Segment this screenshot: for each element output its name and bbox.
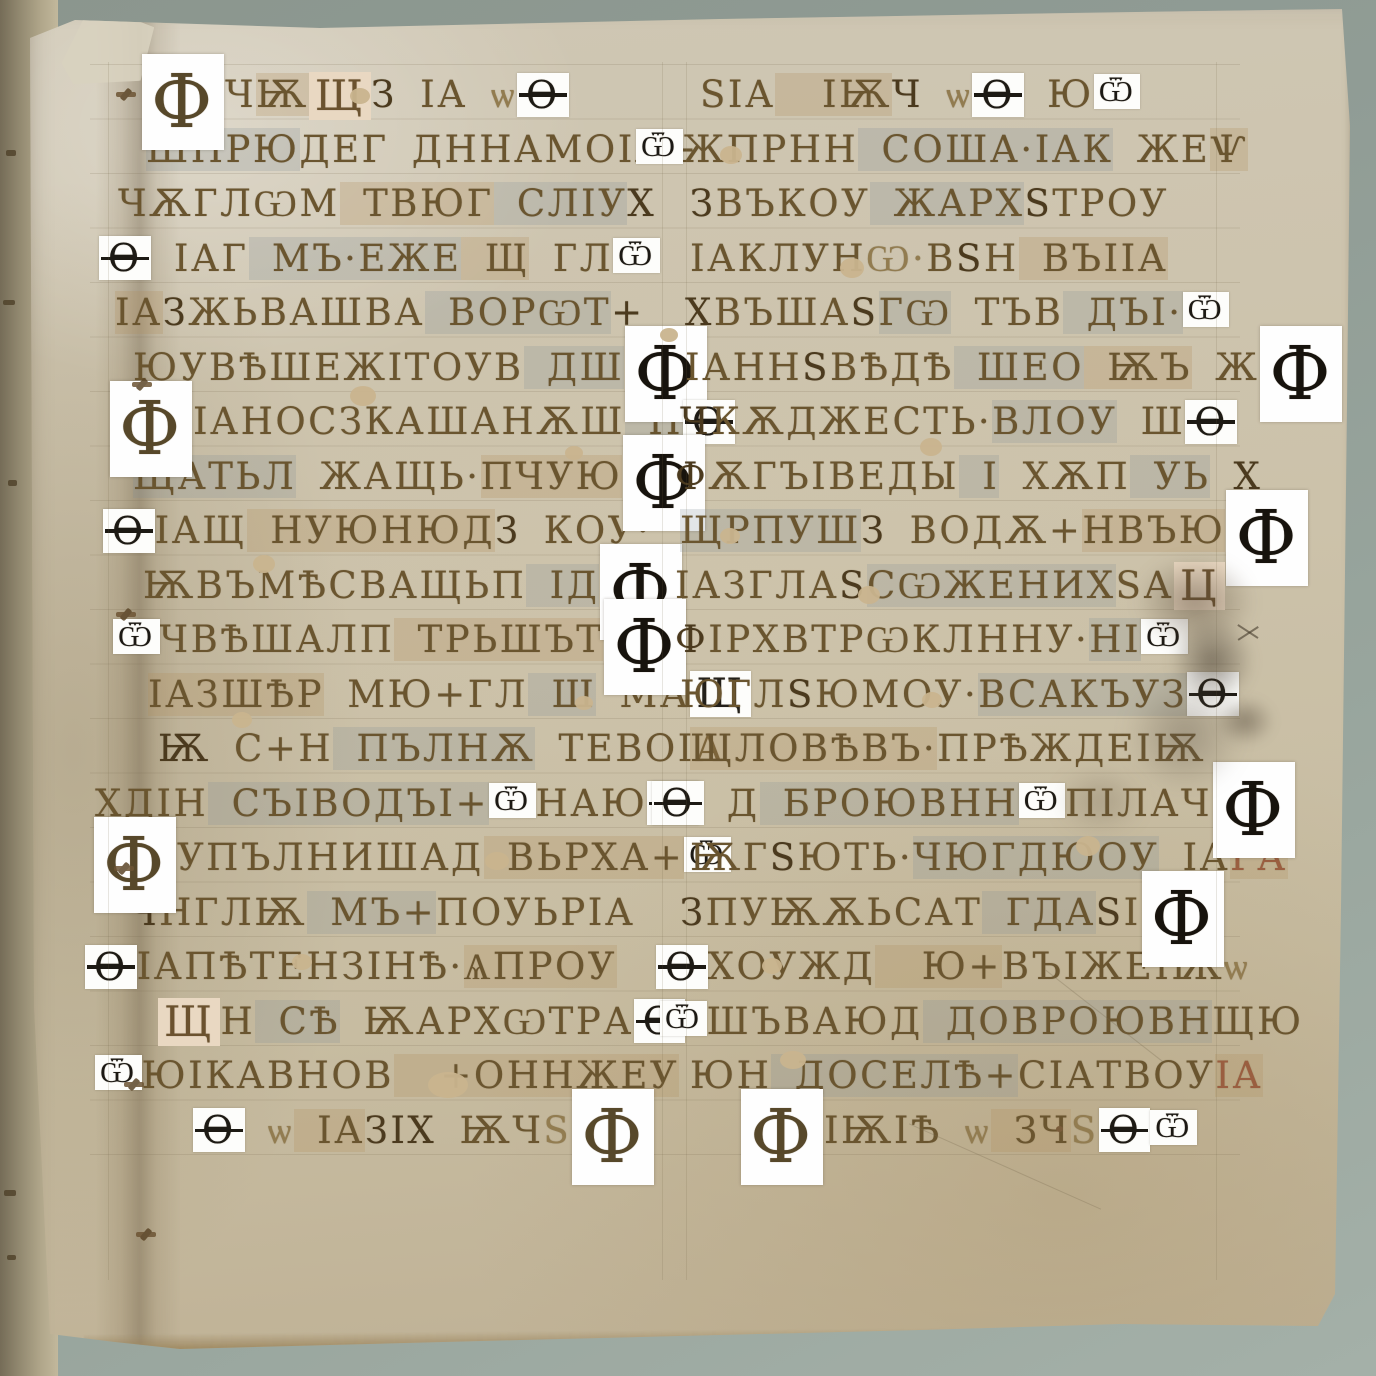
text-line: ѲІАПѢТЕНЗІНѢ·ѦПРОУ (85, 940, 713, 995)
ink-text: ДШ (524, 346, 625, 389)
ink-text: ѡ (1224, 945, 1250, 988)
text-line: Ѭ С+Н ПЪЛНѪ ТЕВОІА (158, 722, 713, 777)
ink-text: ПЪЛНѪ (333, 727, 535, 770)
binding-stitch (114, 866, 134, 871)
ink-text: Ш (528, 673, 596, 716)
ink-text: СЪІВОДЪІ+ (208, 782, 489, 825)
text-line: ЩАТЬЛ ЖАЩЬ·ПЧУЮФ (133, 450, 713, 505)
ink-text: СЛІУ (494, 182, 628, 225)
patch-glyph-theta: Ѳ (193, 1108, 245, 1152)
text-line: ЩН СѢ ѬАРХѠТРАѲ (158, 995, 713, 1050)
patch-glyph-ot: Ѿ (1019, 783, 1066, 818)
patch-glyph-ot: Ѿ (1183, 292, 1230, 327)
ink-text: Ю (1024, 73, 1094, 116)
ink-text: Ѕ (956, 237, 984, 280)
text-line: ІАКЛУНѠ·ВЅН ВЪІІА (690, 232, 1288, 287)
text-line: Ѳ Д БРОЮВННѾПІЛАЧФ (652, 777, 1288, 832)
ink-text: СѢ (255, 1000, 340, 1043)
ink-text: ІАНОСЗКАШАНѪШ (193, 400, 625, 443)
text-line: ФЧѬЩЗ ІА ѡѲ (141, 68, 713, 123)
ink-text: ІА (397, 73, 468, 116)
patch-glyph-phi: Ф (94, 817, 176, 913)
text-line: ЩРПУШЗ ВОДѪ+НВЪЮФ (680, 504, 1288, 559)
text-line: ІАННЅВѢДѢ ШЕО ѬЪ ЖФ (685, 341, 1288, 396)
ink-text: МЪ+ (307, 891, 436, 934)
ink-text: ВЬРХА+ (484, 836, 685, 879)
ink-text: НУЮНЮД (247, 509, 495, 552)
ink-text: ЮМОУ· (815, 673, 978, 716)
patch-glyph-shta: Щ (309, 72, 371, 120)
ink-text: ВОРѠТ (425, 291, 611, 334)
ink-text: ДЕГ (300, 128, 389, 171)
ink-text: ПУѬѪЬСАТ (706, 891, 983, 934)
patch-glyph-ot: Ѿ (660, 1001, 707, 1036)
ink-text: З (495, 509, 521, 552)
ink-text: ЖЕ (1113, 128, 1210, 171)
ink-text: Ф (675, 618, 708, 661)
ink-text: С+Н (211, 727, 333, 770)
ink-text: Н (984, 237, 1019, 280)
text-line: ЗВЪКОУ ЖАРХЅТРОУ (690, 177, 1288, 232)
ink-text: ѡ (468, 73, 517, 116)
ink-text: ЖАЩЬ· (296, 455, 480, 498)
ink-text: КѪДЖЕСТЬ· (711, 400, 992, 443)
ink-text: Х (627, 182, 656, 225)
ink-text: Ѕ (1096, 891, 1124, 934)
ink-text: МЮ+ГЛ (324, 673, 528, 716)
patch-glyph-theta: Ѳ (85, 945, 137, 989)
ink-text: І (1124, 891, 1141, 934)
patch-glyph-ot: Ѿ (1094, 74, 1141, 109)
text-line: ЧѪГЛѠМ ТВЮГ СЛІУХ (118, 177, 713, 232)
ink-text: ѬГ (690, 836, 770, 879)
ink-text: СѠЖЕНИХ (867, 564, 1116, 607)
text-line: ФІѬІѢ ѡ ЗЧЅѲѾ (740, 1104, 1288, 1159)
gutter-mark (3, 300, 15, 305)
ink-text: ЧВѢШАЛП (160, 618, 395, 661)
ink-text: ІѬІѢ (824, 1109, 942, 1152)
ink-text: З (371, 73, 397, 116)
patch-glyph-phi: Ф (1260, 326, 1342, 422)
text-line: ЗПУѬѪЬСАТ ГДАЅІФ (680, 886, 1288, 941)
patch-glyph-phi: Ф (1226, 490, 1308, 586)
ink-text: ѪГЪІВЕДЫ (708, 455, 959, 498)
text-line: ФІРХВТРѠКЛННУ·НІѾ (675, 613, 1288, 668)
text-line: ѾЖПРНН СОША·ІАК ЖЕѰ (636, 123, 1288, 178)
ink-text: Ѕ (770, 836, 798, 879)
patch-glyph-phi: Ф (110, 381, 192, 477)
ink-text: Ѕ (851, 291, 879, 334)
patch-glyph-theta: Ѳ (517, 73, 569, 117)
binding-stitch (124, 1082, 144, 1087)
text-line: ЮУВѢШЕЖІТОУВ ДШФ (133, 341, 713, 396)
ink-text: ІАНН (685, 346, 802, 389)
ink-text: Х (685, 291, 714, 334)
patch-glyph-theta: Ѳ (1099, 1108, 1151, 1152)
ink-text: ТРЬШЪТ (394, 618, 603, 661)
patch-glyph-ot: Ѿ (489, 783, 536, 818)
ink-text: ПОУЬРІА (436, 891, 635, 934)
ink-text: ЅІА (700, 73, 775, 116)
ink-text: ШЕО (954, 346, 1084, 389)
text-line: ЮГЛЅЮМОУ·ВСАКЪУЗѲ (680, 668, 1288, 723)
ink-text: ЧѪГЛѠМ (118, 182, 340, 225)
text-line: Ѳ ІАГ МЪ·ЕЖЕ Щ ГЛѾ (99, 232, 713, 287)
text-line: ІАЗГЛАЅСѠЖЕНИХЅАЦ (675, 559, 1288, 614)
patch-glyph-ot: Ѿ (613, 238, 660, 273)
ink-text: ІАЗГЛА (675, 564, 839, 607)
ink-text: І (959, 455, 999, 498)
patch-glyph-ot: Ѿ (113, 619, 160, 654)
ink-text: ТРОУ (1052, 182, 1169, 225)
ink-text: Щ (461, 237, 529, 280)
patch-glyph-phi: Ф (741, 1089, 823, 1185)
ink-text: Ѡ· (866, 237, 926, 280)
ink-text: ЖЬВАШВА (188, 291, 425, 334)
ink-text: УЬ (1130, 455, 1210, 498)
patch-glyph-phi: Ф (1142, 871, 1224, 967)
text-line: ЧКѪДЖЕСТЬ·ВЛОУ ШѲ (680, 395, 1288, 450)
text-line: ЩЛОВѢВЪ·ПРѢЖДЕІѬ (690, 722, 1288, 777)
ink-text: ДЪІ· (1063, 291, 1182, 334)
text-line: ФУПЪЛНИШАД ВЬРХА+Ѿ (93, 831, 713, 886)
ink-text: З (690, 182, 716, 225)
ink-text: Ѕ (1071, 1109, 1099, 1152)
gutter-mark (6, 150, 16, 156)
ink-text: ѡ (942, 1109, 991, 1152)
text-line: ІАЗЖЬВАШВА ВОРѠТ+ (115, 286, 713, 341)
text-line: ХВЪШАЅГѠ ТЪВ ДЪІ·Ѿ (685, 286, 1288, 341)
ink-text: Ж (1192, 346, 1259, 389)
ink-text: СІАТВОУ (1018, 1054, 1215, 1097)
patch-glyph-theta: Ѳ (972, 73, 1024, 117)
ink-text: ѦПРОУ (464, 945, 617, 988)
photo-background: 12. ФЧѬЩЗ ІА ѡѲШПРЮДЕГ ДННАМОІА+ЧѪГЛѠМ Т… (0, 0, 1376, 1376)
ink-text: ПРѢЖДЕІѬ (937, 727, 1206, 770)
patch-glyph-theta: Ѳ (1187, 672, 1239, 716)
ink-text: В (926, 237, 956, 280)
text-line: ѾШЪВАЮД ДОВРОЮВНЩЮ (660, 995, 1288, 1050)
text-line: ѾЧВѢШАЛП ТРЬШЪТФ (113, 613, 713, 668)
gutter-mark (8, 480, 17, 486)
ink-text: ѡ (245, 1109, 294, 1152)
patch-glyph-phi: Ф (1213, 762, 1295, 858)
binding-stitch (116, 92, 136, 97)
ink-text: ТВЮГ (340, 182, 494, 225)
text-column-left: ФЧѬЩЗ ІА ѡѲШПРЮДЕГ ДННАМОІА+ЧѪГЛѠМ ТВЮГ … (113, 68, 713, 1158)
ink-text: ЅА (1116, 564, 1174, 607)
binding-stitch (136, 1232, 156, 1237)
patch-glyph-theta: Ѳ (1185, 400, 1237, 444)
ink-text: ПІЛАЧ (1065, 782, 1212, 825)
ink-text: ВЪКОУ (716, 182, 871, 225)
page-edge-stack (84, 1326, 1330, 1357)
ink-text: Ю+ (875, 945, 1002, 988)
ink-text: З (163, 291, 189, 334)
ink-text: ІАГ (151, 237, 249, 280)
text-line: ЅІА ІѬЧ ѡѲ ЮѾ (700, 68, 1288, 123)
ink-text: ѬЧ (436, 1109, 543, 1152)
ink-text: ІАКЛУН (690, 237, 866, 280)
ink-text: Ѱ (1210, 128, 1247, 171)
ink-text: З (861, 509, 887, 552)
ink-text: ВЪША (714, 291, 851, 334)
ink-text: Ѕ (1024, 182, 1052, 225)
gutter-mark (7, 1255, 16, 1260)
binding-stitch (132, 382, 152, 387)
ink-text: НВЪЮ (1082, 509, 1225, 552)
ink-text: ІѬ (775, 73, 891, 116)
ink-text: ГДА (982, 891, 1095, 934)
patch-glyph-theta: Ѳ (99, 236, 151, 280)
ink-text: ІАЩ (155, 509, 247, 552)
ink-text: Ш (1117, 400, 1185, 443)
ink-text: ЩЛОВѢВЪ· (690, 727, 937, 770)
ink-text: СОША·ІАК (858, 128, 1113, 171)
ink-text: ѡ (923, 73, 972, 116)
ink-text: ЗІХ (365, 1109, 437, 1152)
ink-text: ГЛ (529, 237, 613, 280)
ink-text: ІА (1215, 1054, 1263, 1097)
patch-glyph-ot: Ѿ (1150, 1110, 1197, 1145)
text-line: ЧНГЛѬ МЪ+ПОУЬРІА (128, 886, 713, 941)
ink-text: ЖАРХ (870, 182, 1024, 225)
ink-text: Ф (675, 455, 708, 498)
ink-text: ТЪВ (951, 291, 1063, 334)
ink-text: Д (704, 782, 760, 825)
ink-text: НГЛѬ (159, 891, 307, 934)
text-line: Ѳ ѡ ІАЗІХ ѬЧЅФ (193, 1104, 713, 1159)
ink-text: ѬАРХѠТРА (340, 1000, 634, 1043)
binding-stitch (116, 612, 136, 617)
ink-text: ЗЧ (991, 1109, 1071, 1152)
ink-text: ГѠ (879, 291, 952, 334)
ink-text: Ѕ (787, 673, 815, 716)
ink-text: ВЛОУ (992, 400, 1117, 443)
ink-text: ІАПѢТЕНЗІНѢ· (137, 945, 464, 988)
ink-text: НАЮ (536, 782, 648, 825)
text-line: ФѪГЪІВЕДЫ І ХѪП УЬ Х (675, 450, 1288, 505)
ink-text: ХОУЖД (708, 945, 876, 988)
ink-text: НІ (1089, 618, 1141, 661)
ink-text: Ѕ (839, 564, 867, 607)
ink-text: УПЪЛНИШАД (177, 836, 484, 879)
ink-text: ПЧУЮ (481, 455, 623, 498)
ink-text: ШЪВАЮД (707, 1000, 923, 1043)
ink-text: Н (220, 1000, 255, 1043)
ink-text: ЮГЛ (680, 673, 787, 716)
manuscript-page: 12. ФЧѬЩЗ ІА ѡѲШПРЮДЕГ ДННАМОІА+ЧѪГЛѠМ Т… (20, 6, 1356, 1358)
patch-glyph-ot: Ѿ (636, 129, 683, 164)
patch-glyph-theta: Ѳ (656, 945, 708, 989)
ink-text: Ѕ (802, 346, 830, 389)
gutter-mark (4, 1190, 16, 1196)
patch-glyph-phi: Ф (142, 54, 224, 150)
ink-text: ВЪІІА (1019, 237, 1169, 280)
ink-text: Ѭ (256, 73, 309, 116)
ink-text: ХѪП (999, 455, 1130, 498)
ink-text: ІА (115, 291, 163, 334)
ink-text: ѬВЪМѢСВАЩЬП (143, 564, 526, 607)
ink-text: ВСАКЪУЗ (978, 673, 1187, 716)
patch-glyph-ot: Ѿ (1141, 619, 1188, 654)
ink-text: Ч (680, 400, 711, 443)
text-column-right: ЅІА ІѬЧ ѡѲ ЮѾѾЖПРНН СОША·ІАК ЖЕѰЗВЪКОУ Ж… (688, 68, 1288, 1158)
ink-text: ЮІКАВНОВ (142, 1054, 394, 1097)
ink-text: ЧЮГДЮОУ (913, 836, 1159, 879)
ink-text: ЩЮ (1212, 1000, 1303, 1043)
ink-text: Ч (892, 73, 923, 116)
ink-text: ДОВРОЮВН (923, 1000, 1213, 1043)
patch-glyph-shta: Щ (158, 998, 220, 1046)
ink-text: ЮТЬ· (798, 836, 914, 879)
ink-text: ІА (294, 1109, 365, 1152)
ink-text: Ѭ (158, 727, 211, 770)
ink-text: МЪ·ЕЖЕ (249, 237, 462, 280)
ink-text: БРОЮВНН (760, 782, 1019, 825)
patch-glyph-theta: Ѳ (103, 509, 155, 553)
ink-text: ЩРПУШ (680, 509, 861, 552)
patch-glyph-theta: Ѳ (652, 781, 704, 825)
ink-text: ІРХВТРѠКЛННУ· (708, 618, 1089, 661)
ink-text: Ч (225, 73, 256, 116)
patch-glyph-phi: Ф (572, 1089, 654, 1185)
ink-text: ѬЪ (1084, 346, 1192, 389)
ink-text: ІД (526, 564, 599, 607)
ink-text: ВѢДѢ (830, 346, 954, 389)
text-line: ШПРЮДЕГ ДННАМОІА+ (146, 123, 713, 178)
ink-text: ІАЗШѢР (148, 673, 324, 716)
patch-glyph-tse: Ц (1174, 562, 1225, 610)
ink-text: ВОДѪ+ (886, 509, 1082, 552)
ink-text: З (680, 891, 706, 934)
ink-text: ЖПРНН (683, 128, 859, 171)
text-line: ХДІН СЪІВОДЪІ+ѾНАЮѲ (95, 777, 713, 832)
ink-text: Ѕ (543, 1109, 571, 1152)
